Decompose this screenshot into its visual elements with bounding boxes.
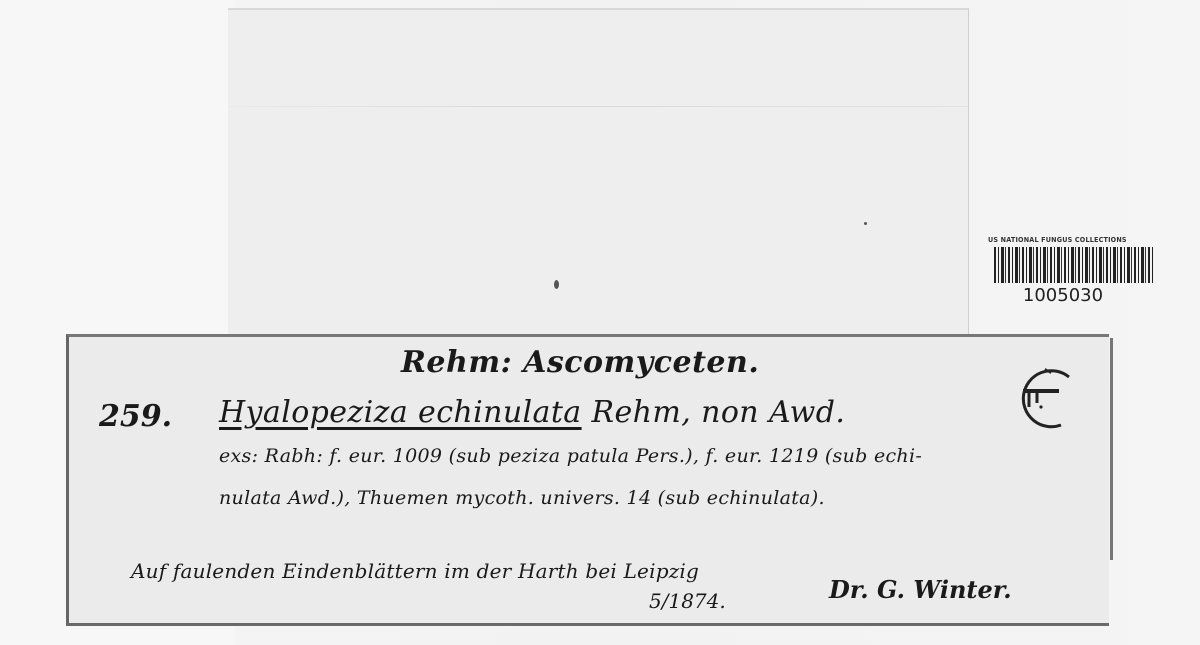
collector-name: Dr. G. Winter. xyxy=(829,575,1012,604)
barcode-number: 1005030 xyxy=(1008,285,1118,306)
barcode-caption: US NATIONAL FUNGUS COLLECTIONS xyxy=(988,236,1149,244)
exsiccata-number: 259. xyxy=(99,399,172,434)
specimen-label: Rehm: Ascomyceten. 259. Hyalopeziza echi… xyxy=(66,334,1109,626)
debris-speck xyxy=(864,222,867,225)
exsiccatae-line-2: nulata Awd.), Thuemen mycoth. univers. 1… xyxy=(219,487,825,509)
taxon-name: Hyalopeziza echinulata xyxy=(219,395,582,430)
collection-date: 5/1874. xyxy=(649,589,726,613)
species-line: Hyalopeziza echinulata Rehm, non Awd. xyxy=(219,395,845,430)
barcode-label: US NATIONAL FUNGUS COLLECTIONS 1005030 xyxy=(988,236,1163,316)
packet-fold-line xyxy=(228,106,968,107)
label-border-right xyxy=(1110,338,1113,560)
collection-stamp-icon xyxy=(1011,363,1083,433)
series-title: Rehm: Ascomyceten. xyxy=(401,345,759,380)
barcode-icon xyxy=(994,247,1154,283)
specimen-packet xyxy=(228,8,969,340)
debris-speck xyxy=(554,280,559,289)
exsiccatae-line-1: exs: Rabh: f. eur. 1009 (sub peziza patu… xyxy=(219,445,922,467)
taxon-authority: Rehm, non Awd. xyxy=(592,395,846,430)
habitat-text: Auf faulenden Eindenblättern im der Hart… xyxy=(131,559,699,583)
